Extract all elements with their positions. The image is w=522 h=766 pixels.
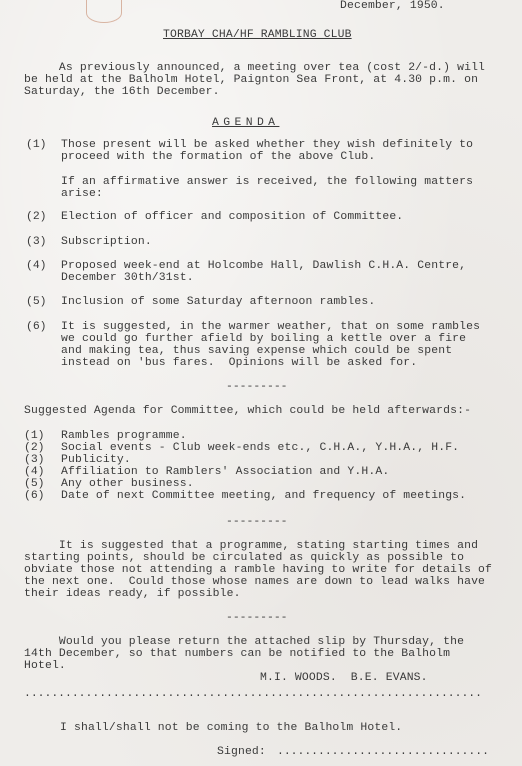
agenda-num-5: (5)	[26, 296, 47, 308]
committee-num-3: (3)	[24, 454, 45, 466]
separator-3: ---------	[226, 612, 288, 624]
intro-line-1: As previously announced, a meeting over …	[24, 62, 485, 74]
committee-heading: Suggested Agenda for Committee, which co…	[24, 405, 471, 417]
committee-num-5: (5)	[24, 478, 45, 490]
signature-field[interactable]: ...............................	[277, 746, 489, 758]
agenda-item-4-line-2: December 30th/31st.	[61, 272, 194, 284]
intro-line-3: Saturday, the 16th December.	[24, 86, 220, 98]
committee-item-3: Publicity.	[61, 454, 131, 466]
committee-num-1: (1)	[24, 430, 45, 442]
agenda-num-2: (2)	[26, 211, 47, 223]
programme-line-4: the next one. Could those whose names ar…	[24, 576, 485, 588]
affirmative-line-1: If an affirmative answer is received, th…	[61, 176, 473, 188]
separator-2: ---------	[226, 516, 288, 528]
separator-1: ---------	[226, 381, 288, 393]
programme-line-3: obviate those not attending a ramble hav…	[24, 564, 492, 576]
signed-label: Signed:	[217, 746, 273, 758]
committee-item-6: Date of next Committee meeting, and freq…	[61, 490, 466, 502]
agenda-num-3: (3)	[26, 236, 47, 248]
programme-line-1: It is suggested that a programme, statin…	[24, 540, 478, 552]
return-line-3: Hotel.	[24, 660, 66, 672]
agenda-item-6-line-1: It is suggested, in the warmer weather, …	[61, 321, 480, 333]
committee-num-2: (2)	[24, 442, 45, 454]
programme-line-5: their ideas ready, if possible.	[24, 588, 241, 600]
agenda-item-6-line-2: we could go further afield by boiling a …	[61, 333, 466, 345]
intro-line-2: be held at the Balholm Hotel, Paignton S…	[24, 74, 478, 86]
committee-item-5: Any other business.	[61, 478, 194, 490]
agenda-item-6-line-3: and making tea, thus saving expense whic…	[61, 345, 452, 357]
agenda-item-1-line-1: Those present will be asked whether they…	[61, 139, 473, 151]
agenda-item-1-line-2: proceed with the formation of the above …	[61, 151, 375, 163]
signatories: M.I. WOODS. B.E. EVANS.	[260, 672, 428, 684]
agenda-num-1: (1)	[26, 139, 47, 151]
committee-item-4: Affiliation to Ramblers' Association and…	[61, 466, 389, 478]
club-title: TORBAY CHA/HF RAMBLING CLUB	[163, 29, 352, 41]
committee-num-6: (6)	[24, 490, 45, 502]
tear-line: ........................................…	[24, 688, 482, 700]
agenda-item-6-line-4: instead on 'bus fares. Opinions will be …	[61, 357, 417, 369]
committee-num-4: (4)	[24, 466, 45, 478]
committee-item-1: Rambles programme.	[61, 430, 187, 442]
document-date: December, 1950.	[340, 0, 445, 12]
affirmative-line-2: arise:	[61, 188, 103, 200]
return-line-1: Would you please return the attached sli…	[24, 636, 464, 648]
agenda-num-4: (4)	[26, 260, 47, 272]
attendance-statement: I shall/shall not be coming to the Balho…	[60, 722, 402, 734]
committee-item-2: Social events - Club week-ends etc., C.H…	[61, 442, 459, 454]
agenda-item-2: Election of officer and composition of C…	[61, 211, 403, 223]
agenda-num-6: (6)	[26, 321, 47, 333]
return-line-2: 14th December, so that numbers can be no…	[24, 648, 450, 660]
agenda-item-4-line-1: Proposed week-end at Holcombe Hall, Dawl…	[61, 260, 466, 272]
agenda-heading: AGENDA	[212, 117, 279, 129]
stain-mark	[86, 0, 122, 23]
programme-line-2: starting points, should be circulated as…	[24, 552, 464, 564]
agenda-item-3: Subscription.	[61, 236, 152, 248]
agenda-item-5: Inclusion of some Saturday afternoon ram…	[61, 296, 375, 308]
